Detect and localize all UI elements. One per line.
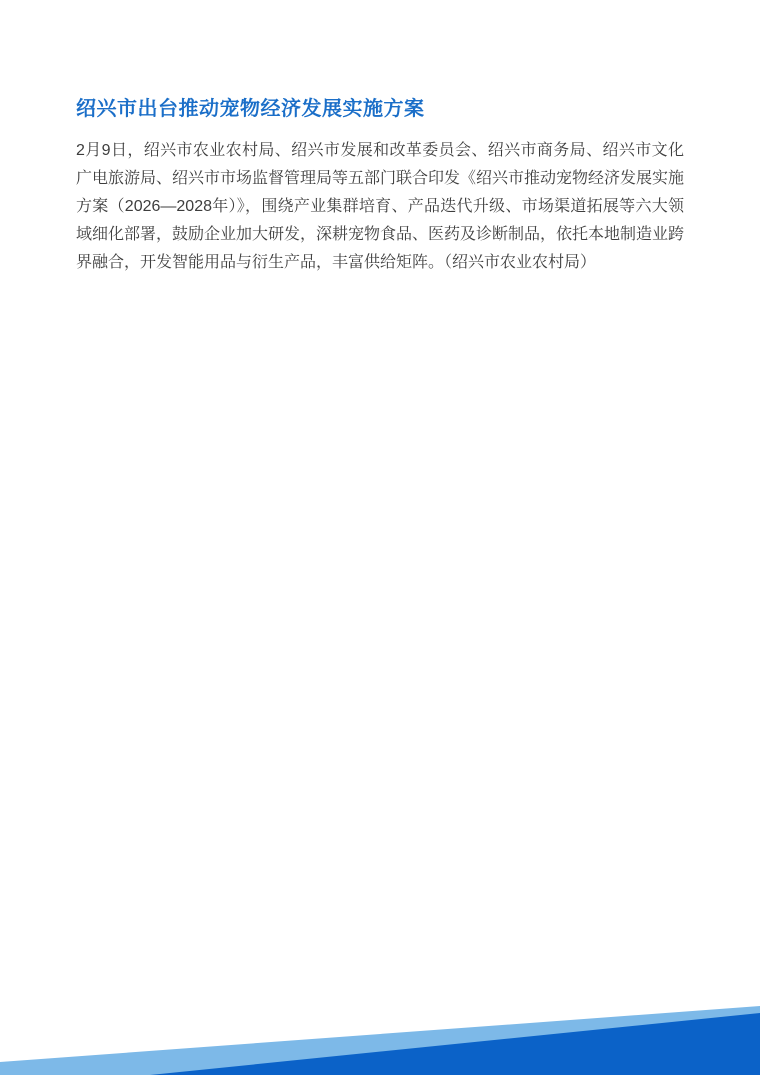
document-page: 绍兴市出台推动宠物经济发展实施方案 2月9日，绍兴市农业农村局、绍兴市发展和改革…: [0, 0, 760, 1075]
article-title: 绍兴市出台推动宠物经济发展实施方案: [76, 97, 684, 121]
article-body: 2月9日，绍兴市农业农村局、绍兴市发展和改革委员会、绍兴市商务局、绍兴市文化广电…: [76, 137, 684, 277]
article: 绍兴市出台推动宠物经济发展实施方案 2月9日，绍兴市农业农村局、绍兴市发展和改革…: [76, 97, 684, 277]
footer-decoration: [0, 995, 760, 1075]
